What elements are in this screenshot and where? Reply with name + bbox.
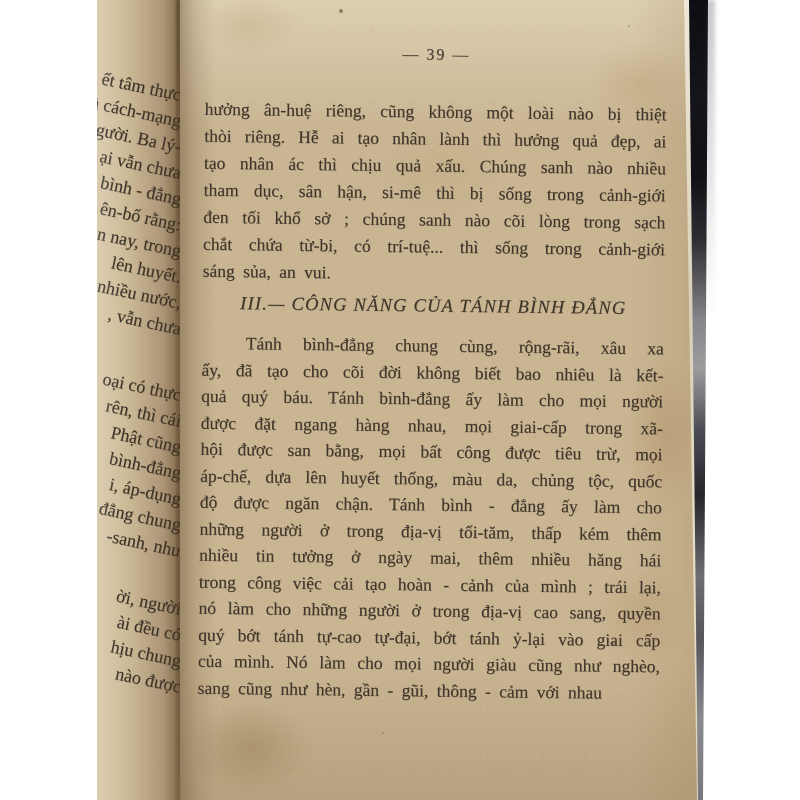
paragraph: hưởng ân-huệ riêng, cũng không một loài …: [203, 96, 667, 291]
paragraph: Tánh bình-đẳng chung cùng, rộng-rãi, xâu…: [197, 330, 663, 707]
gutter-crease: [176, 0, 180, 800]
paper-specks: [180, 0, 182, 2]
background-shadow: [705, 0, 715, 320]
main-page: — 39 — hưởng ân-huệ riêng, cũng không mộ…: [180, 0, 701, 800]
page-number: — 39 —: [205, 44, 667, 68]
paper-stain: [170, 688, 330, 800]
section-heading: III.— CÔNG NĂNG CỦA TÁNH BÌNH ĐẲNG: [202, 294, 664, 321]
left-page-text: ết tâm thực à cách-mạng gười. Ba lý- ại …: [97, 82, 181, 700]
text-line: sáng sủa, an vui.: [203, 258, 665, 291]
page-content: — 39 — hưởng ân-huệ riêng, cũng không mộ…: [197, 0, 668, 706]
left-page: ết tâm thực à cách-mạng gười. Ba lý- ại …: [97, 0, 184, 800]
book-photo: ết tâm thực à cách-mạng gười. Ba lý- ại …: [0, 0, 800, 800]
text-line: sang cũng như hèn, gần - gũi, thông - cả…: [197, 674, 659, 706]
